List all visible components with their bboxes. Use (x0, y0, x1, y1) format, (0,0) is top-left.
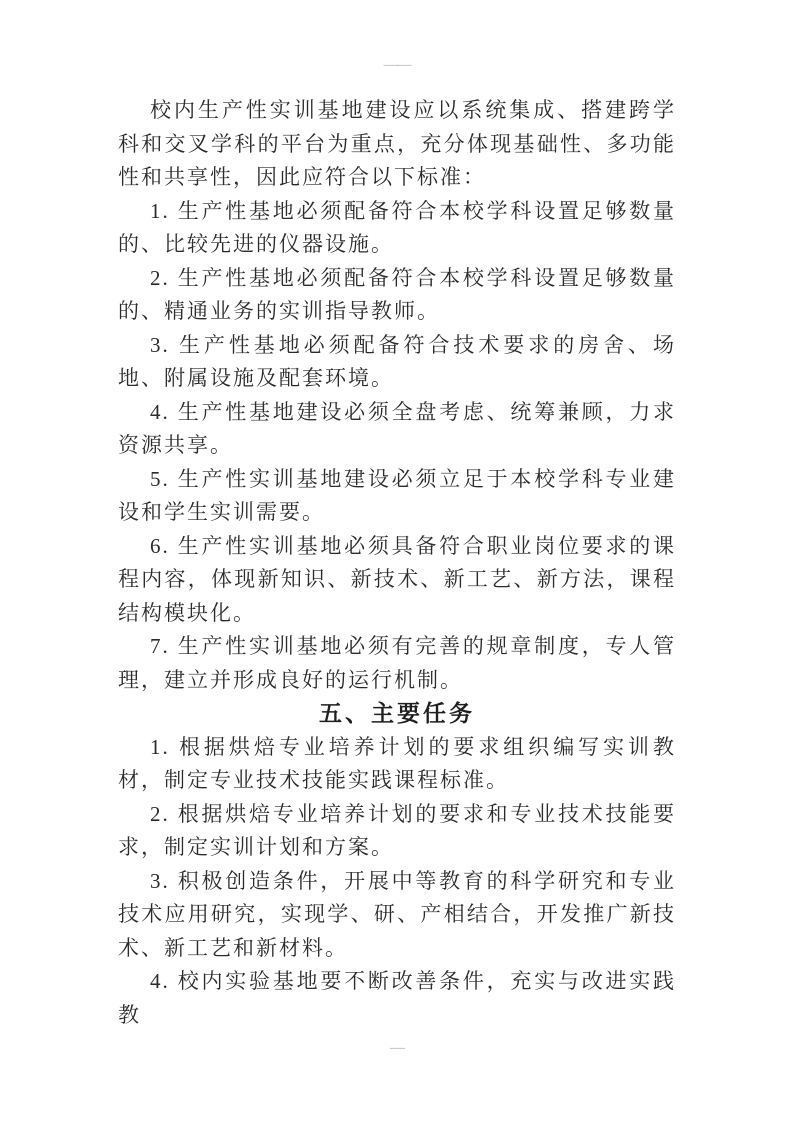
standard-item-3: 3. 生产性基地必须配备符合技术要求的房舍、场地、附属设施及配套环境。 (118, 329, 676, 396)
standard-item-4: 4. 生产性基地建设必须全盘考虑、统筹兼顾，力求资源共享。 (118, 396, 676, 463)
page-footer-mark: — (0, 1043, 793, 1053)
task-item-2: 2. 根据烘焙专业培养计划的要求和专业技术技能要求，制定实训计划和方案。 (118, 798, 676, 865)
document-page: —— 校内生产性实训基地建设应以系统集成、搭建跨学科和交叉学科的平台为重点，充分… (0, 0, 793, 1122)
page-header-mark: —— (0, 60, 793, 70)
task-item-4: 4. 校内实验基地要不断改善条件，充实与改进实践教 (118, 965, 676, 1032)
standard-item-5: 5. 生产性实训基地建设必须立足于本校学科专业建设和学生实训需要。 (118, 463, 676, 530)
standard-item-6: 6. 生产性实训基地必须具备符合职业岗位要求的课程内容，体现新知识、新技术、新工… (118, 530, 676, 631)
standard-item-2: 2. 生产性基地必须配备符合本校学科设置足够数量的、精通业务的实训指导教师。 (118, 262, 676, 329)
document-body: 校内生产性实训基地建设应以系统集成、搭建跨学科和交叉学科的平台为重点，充分体现基… (118, 94, 676, 1032)
standard-item-7: 7. 生产性实训基地必须有完善的规章制度，专人管理，建立并形成良好的运行机制。 (118, 630, 676, 697)
standard-item-1: 1. 生产性基地必须配备符合本校学科设置足够数量的、比较先进的仪器设施。 (118, 195, 676, 262)
task-item-1: 1. 根据烘焙专业培养计划的要求组织编写实训教材，制定专业技术技能实践课程标准。 (118, 731, 676, 798)
task-item-3: 3. 积极创造条件，开展中等教育的科学研究和专业技术应用研究，实现学、研、产相结… (118, 865, 676, 966)
intro-paragraph: 校内生产性实训基地建设应以系统集成、搭建跨学科和交叉学科的平台为重点，充分体现基… (118, 94, 676, 195)
section-heading: 五、主要任务 (118, 697, 676, 731)
